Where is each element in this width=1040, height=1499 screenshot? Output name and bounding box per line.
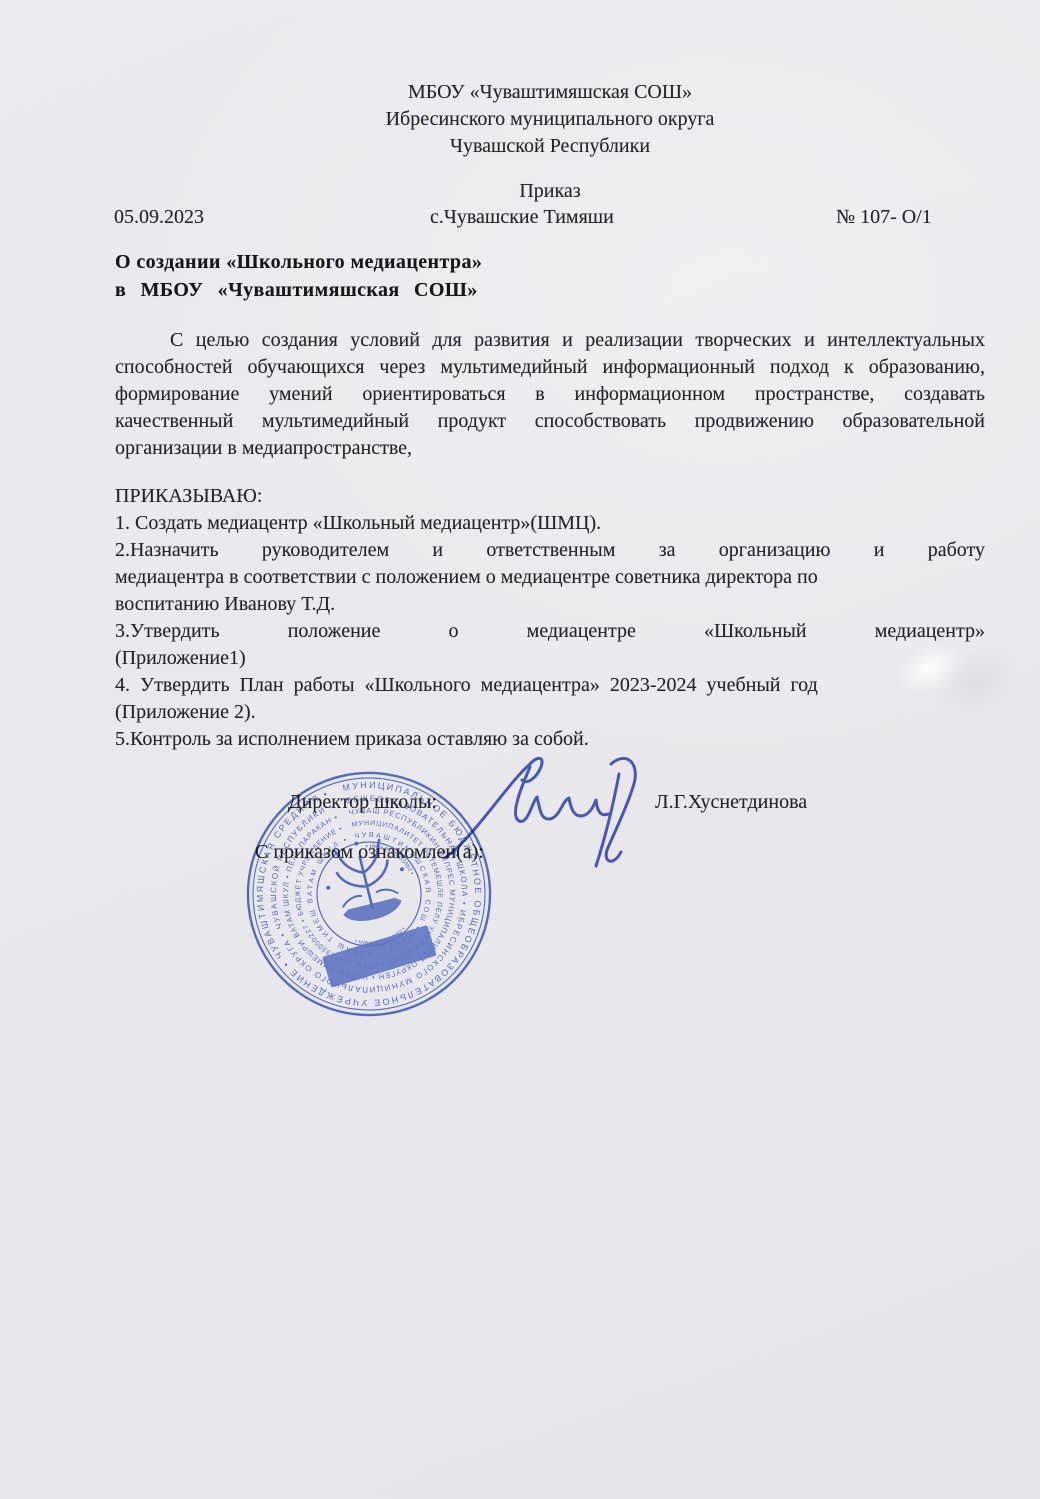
order-item-2-line: медиацентра в соответствии с положением … <box>115 564 985 591</box>
order-item-4-line: (Приложение 2). <box>115 699 985 726</box>
subject-line2: в МБОУ «Чуваштимяшская СОШ» <box>115 277 478 304</box>
org-name-line1: МБОУ «Чуваштимяшская СОШ» <box>115 79 985 106</box>
official-round-stamp: МУНИЦИПАЛЬНОЕ БЮДЖЕТНОЕ ОБЩЕОБРАЗОВАТЕЛЬ… <box>243 768 495 1020</box>
preamble-line: формирование умений ориентироваться в ин… <box>115 381 985 408</box>
stamp-seal: МУНИЦИПАЛЬНОЕ БЮДЖЕТНОЕ ОБЩЕОБРАЗОВАТЕЛЬ… <box>243 768 495 1020</box>
letterhead: МБОУ «Чуваштимяшская СОШ» Ибресинского м… <box>115 79 985 160</box>
preamble-line: С целью создания условий для развития и … <box>115 327 985 354</box>
preamble-paragraph: С целью создания условий для развития и … <box>115 327 985 462</box>
order-title: Приказ <box>115 178 985 205</box>
preamble-line: организации в медиапространстве, <box>115 435 985 462</box>
org-name-line2: Ибресинского муниципального округа <box>115 106 985 133</box>
order-item-3-line: (Приложение1) <box>115 645 985 672</box>
subject-line1: О создании «Школьного медиацентра» <box>115 249 482 276</box>
order-number: № 107- О/1 <box>836 204 932 231</box>
preamble-line: способностей обучающихся через мультимед… <box>115 354 985 381</box>
order-date: 05.09.2023 <box>114 204 204 231</box>
stamp-emblem-bowl <box>342 896 404 926</box>
signer-name: Л.Г.Хуснетдинова <box>655 789 807 816</box>
org-name-line3: Чувашской Республики <box>115 133 985 160</box>
order-item-4-line: 4. Утвердить План работы «Школьного меди… <box>115 672 985 699</box>
order-item-1: 1. Создать медиацентр «Школьный медиацен… <box>115 510 985 537</box>
scanned-order-document: МБОУ «Чуваштимяшская СОШ» Ибресинского м… <box>0 0 1040 1499</box>
order-item-3-line: 3.Утвердить положение о медиацентре «Шко… <box>115 618 985 645</box>
resolution-heading: ПРИКАЗЫВАЮ: <box>115 483 262 510</box>
resolution-items: 1. Создать медиацентр «Школьный медиацен… <box>115 510 985 753</box>
order-item-2-line: 2.Назначить руководителем и ответственны… <box>115 537 985 564</box>
order-item-2-line: воспитанию Иванову Т.Д. <box>115 591 985 618</box>
order-place: с.Чувашские Тимяши <box>430 204 614 231</box>
preamble-line: качественный мультимедийный продукт спос… <box>115 408 985 435</box>
